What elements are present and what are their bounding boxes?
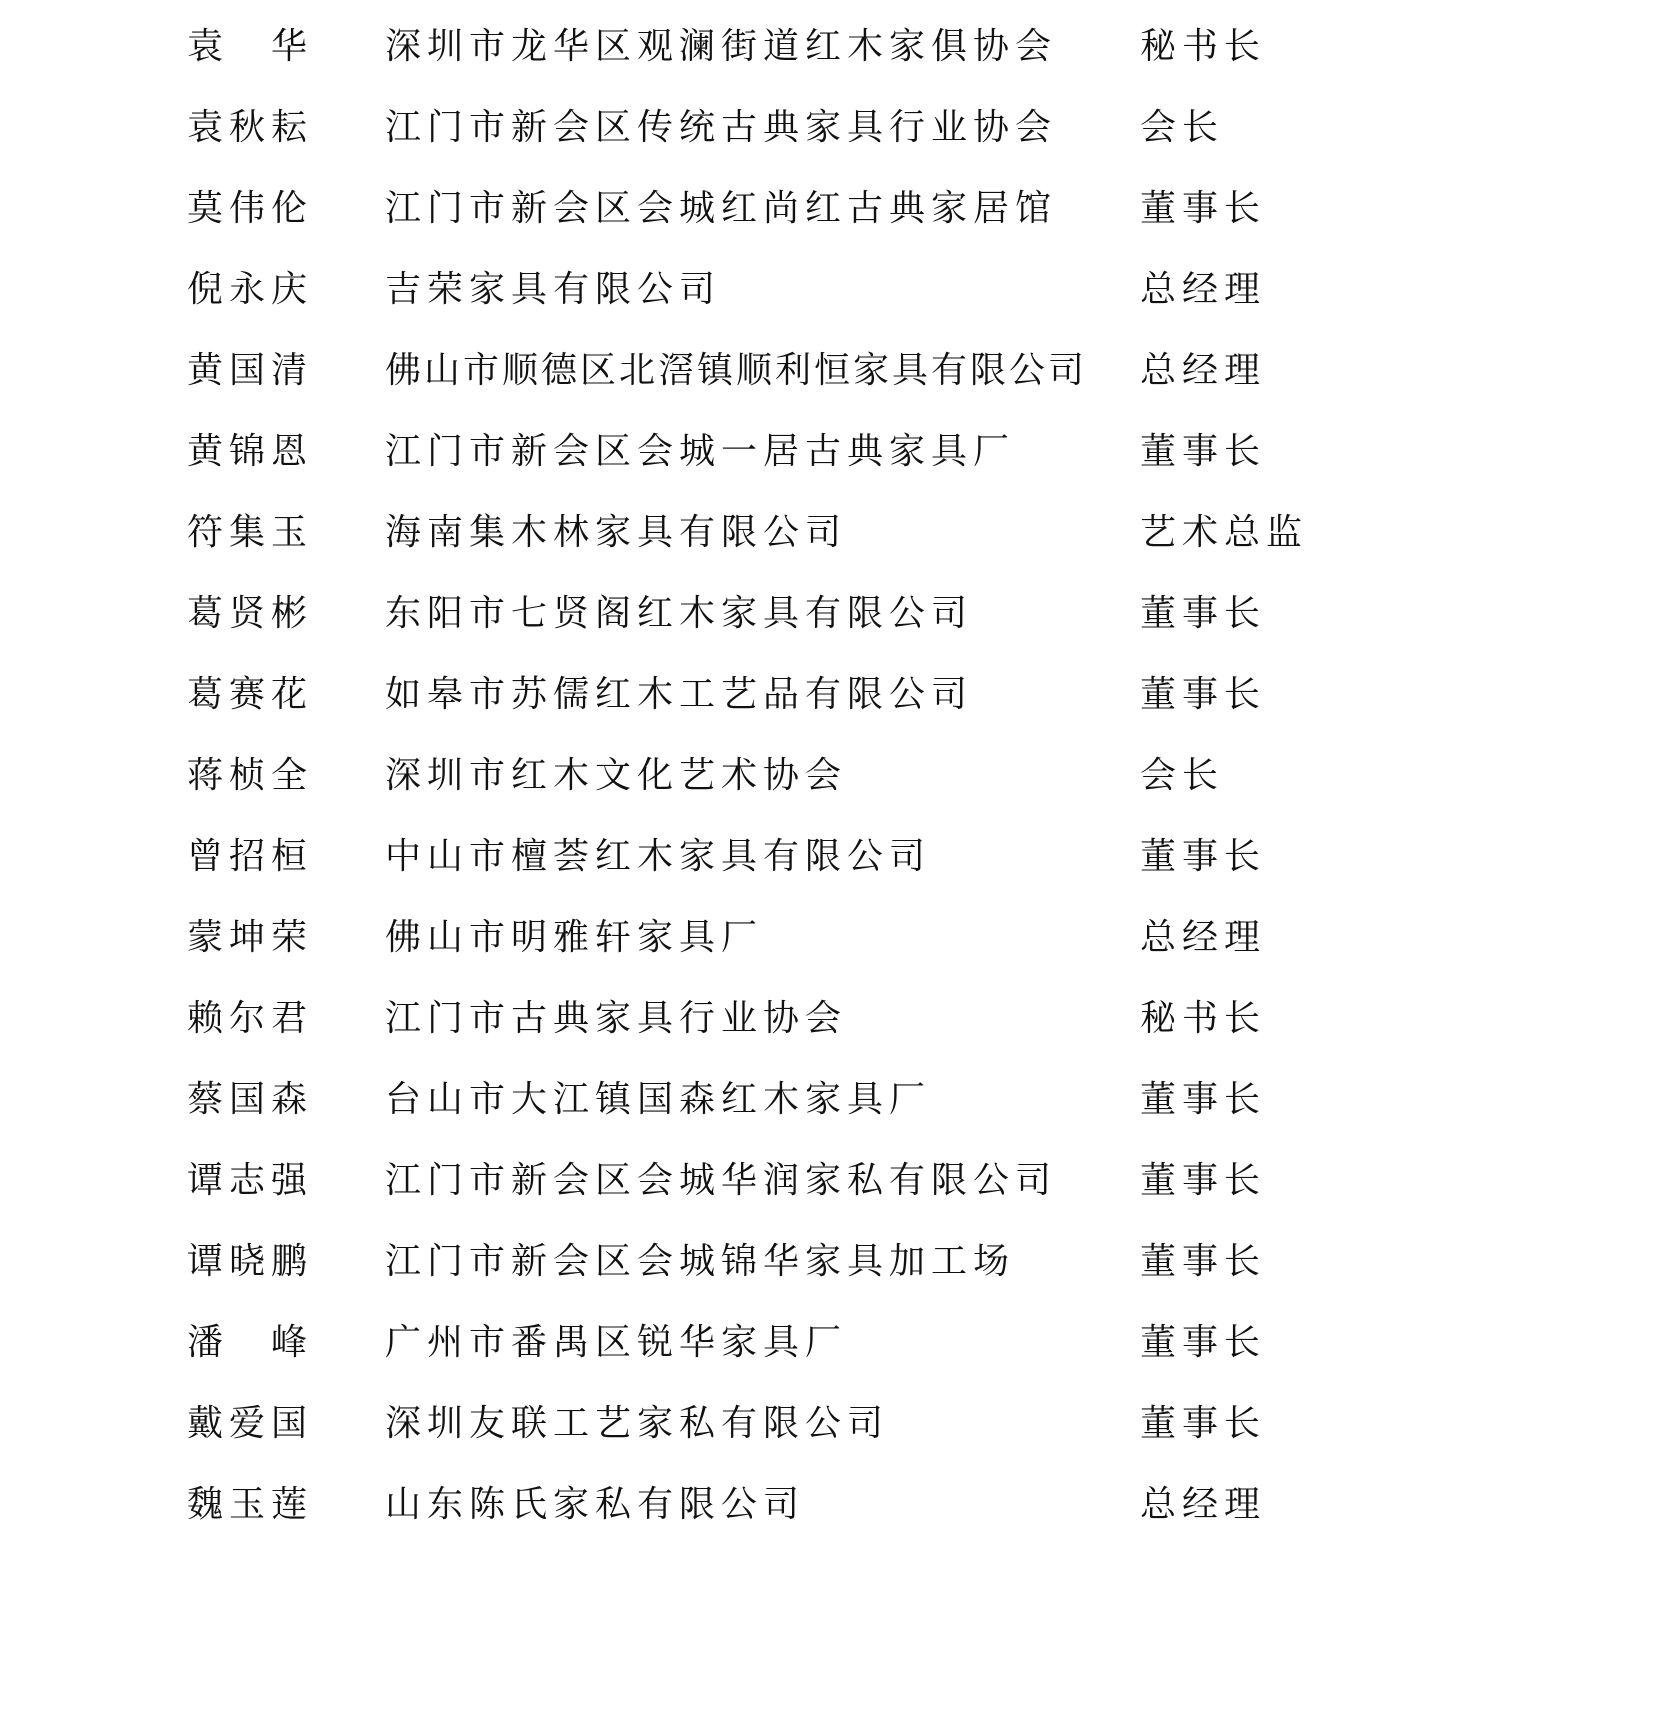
roster-row: 黄国清 佛山市顺德区北滘镇顺利恒家具有限公司 总经理 bbox=[0, 341, 1654, 401]
organization: 江门市新会区会城一居古典家具厂 bbox=[385, 422, 1015, 482]
organization: 江门市古典家具行业协会 bbox=[385, 989, 847, 1049]
organization: 江门市新会区会城锦华家具加工场 bbox=[385, 1232, 1015, 1292]
job-title: 董事长 bbox=[1140, 1394, 1266, 1454]
job-title: 董事长 bbox=[1140, 1151, 1266, 1211]
organization: 如皋市苏儒红木工艺品有限公司 bbox=[385, 665, 973, 725]
organization: 佛山市明雅轩家具厂 bbox=[385, 908, 763, 968]
person-name: 戴爱国 bbox=[187, 1394, 313, 1454]
person-name: 潘峰 bbox=[187, 1313, 355, 1373]
roster-row: 符集玉 海南集木林家具有限公司 艺术总监 bbox=[0, 503, 1654, 563]
person-name: 袁秋耘 bbox=[187, 98, 313, 158]
job-title: 董事长 bbox=[1140, 1313, 1266, 1373]
job-title: 董事长 bbox=[1140, 422, 1266, 482]
person-name: 葛贤彬 bbox=[187, 584, 313, 644]
organization: 深圳市红木文化艺术协会 bbox=[385, 746, 847, 806]
job-title: 会长 bbox=[1140, 98, 1224, 158]
roster-row: 谭晓鹏 江门市新会区会城锦华家具加工场 董事长 bbox=[0, 1232, 1654, 1292]
roster-row: 莫伟伦 江门市新会区会城红尚红古典家居馆 董事长 bbox=[0, 179, 1654, 239]
job-title: 董事长 bbox=[1140, 179, 1266, 239]
roster-row: 蔡国森 台山市大江镇国森红木家具厂 董事长 bbox=[0, 1070, 1654, 1130]
person-name: 黄国清 bbox=[187, 341, 313, 401]
person-name: 倪永庆 bbox=[187, 260, 313, 320]
job-title: 总经理 bbox=[1140, 1475, 1266, 1535]
roster-row: 蒙坤荣 佛山市明雅轩家具厂 总经理 bbox=[0, 908, 1654, 968]
person-name: 葛赛花 bbox=[187, 665, 313, 725]
person-name: 袁华 bbox=[187, 17, 355, 77]
roster-row: 袁华 深圳市龙华区观澜街道红木家俱协会 秘书长 bbox=[0, 17, 1654, 77]
person-name: 黄锦恩 bbox=[187, 422, 313, 482]
person-name: 谭晓鹏 bbox=[187, 1232, 313, 1292]
job-title: 总经理 bbox=[1140, 260, 1266, 320]
organization: 江门市新会区传统古典家具行业协会 bbox=[385, 98, 1057, 158]
organization: 广州市番禺区锐华家具厂 bbox=[385, 1313, 847, 1373]
job-title: 董事长 bbox=[1140, 1070, 1266, 1130]
job-title: 总经理 bbox=[1140, 908, 1266, 968]
organization: 佛山市顺德区北滘镇顺利恒家具有限公司 bbox=[385, 341, 1087, 401]
roster-row: 戴爱国 深圳友联工艺家私有限公司 董事长 bbox=[0, 1394, 1654, 1454]
person-name: 符集玉 bbox=[187, 503, 313, 563]
job-title: 总经理 bbox=[1140, 341, 1266, 401]
job-title: 秘书长 bbox=[1140, 17, 1266, 77]
roster-row: 曾招桓 中山市檀荟红木家具有限公司 董事长 bbox=[0, 827, 1654, 887]
job-title: 会长 bbox=[1140, 746, 1224, 806]
roster-row: 黄锦恩 江门市新会区会城一居古典家具厂 董事长 bbox=[0, 422, 1654, 482]
person-name: 曾招桓 bbox=[187, 827, 313, 887]
organization: 山东陈氏家私有限公司 bbox=[385, 1475, 805, 1535]
job-title: 董事长 bbox=[1140, 1232, 1266, 1292]
roster-row: 潘峰 广州市番禺区锐华家具厂 董事长 bbox=[0, 1313, 1654, 1373]
organization: 深圳友联工艺家私有限公司 bbox=[385, 1394, 889, 1454]
person-name: 谭志强 bbox=[187, 1151, 313, 1211]
person-name: 蒙坤荣 bbox=[187, 908, 313, 968]
person-name: 魏玉莲 bbox=[187, 1475, 313, 1535]
job-title: 董事长 bbox=[1140, 827, 1266, 887]
roster-row: 葛赛花 如皋市苏儒红木工艺品有限公司 董事长 bbox=[0, 665, 1654, 725]
person-name: 赖尔君 bbox=[187, 989, 313, 1049]
job-title: 董事长 bbox=[1140, 665, 1266, 725]
organization: 江门市新会区会城华润家私有限公司 bbox=[385, 1151, 1057, 1211]
person-name: 蔡国森 bbox=[187, 1070, 313, 1130]
roster-row: 袁秋耘 江门市新会区传统古典家具行业协会 会长 bbox=[0, 98, 1654, 158]
job-title: 董事长 bbox=[1140, 584, 1266, 644]
organization: 中山市檀荟红木家具有限公司 bbox=[385, 827, 931, 887]
roster-row: 葛贤彬 东阳市七贤阁红木家具有限公司 董事长 bbox=[0, 584, 1654, 644]
job-title: 艺术总监 bbox=[1140, 503, 1308, 563]
organization: 东阳市七贤阁红木家具有限公司 bbox=[385, 584, 973, 644]
roster-row: 谭志强 江门市新会区会城华润家私有限公司 董事长 bbox=[0, 1151, 1654, 1211]
roster-row: 倪永庆 吉荣家具有限公司 总经理 bbox=[0, 260, 1654, 320]
job-title: 秘书长 bbox=[1140, 989, 1266, 1049]
roster-row: 魏玉莲 山东陈氏家私有限公司 总经理 bbox=[0, 1475, 1654, 1535]
roster-row: 蒋桢全 深圳市红木文化艺术协会 会长 bbox=[0, 746, 1654, 806]
organization: 台山市大江镇国森红木家具厂 bbox=[385, 1070, 931, 1130]
organization: 江门市新会区会城红尚红古典家居馆 bbox=[385, 179, 1057, 239]
roster-row: 赖尔君 江门市古典家具行业协会 秘书长 bbox=[0, 989, 1654, 1049]
person-name: 蒋桢全 bbox=[187, 746, 313, 806]
organization: 海南集木林家具有限公司 bbox=[385, 503, 847, 563]
organization: 深圳市龙华区观澜街道红木家俱协会 bbox=[385, 17, 1057, 77]
organization: 吉荣家具有限公司 bbox=[385, 260, 721, 320]
person-name: 莫伟伦 bbox=[187, 179, 313, 239]
